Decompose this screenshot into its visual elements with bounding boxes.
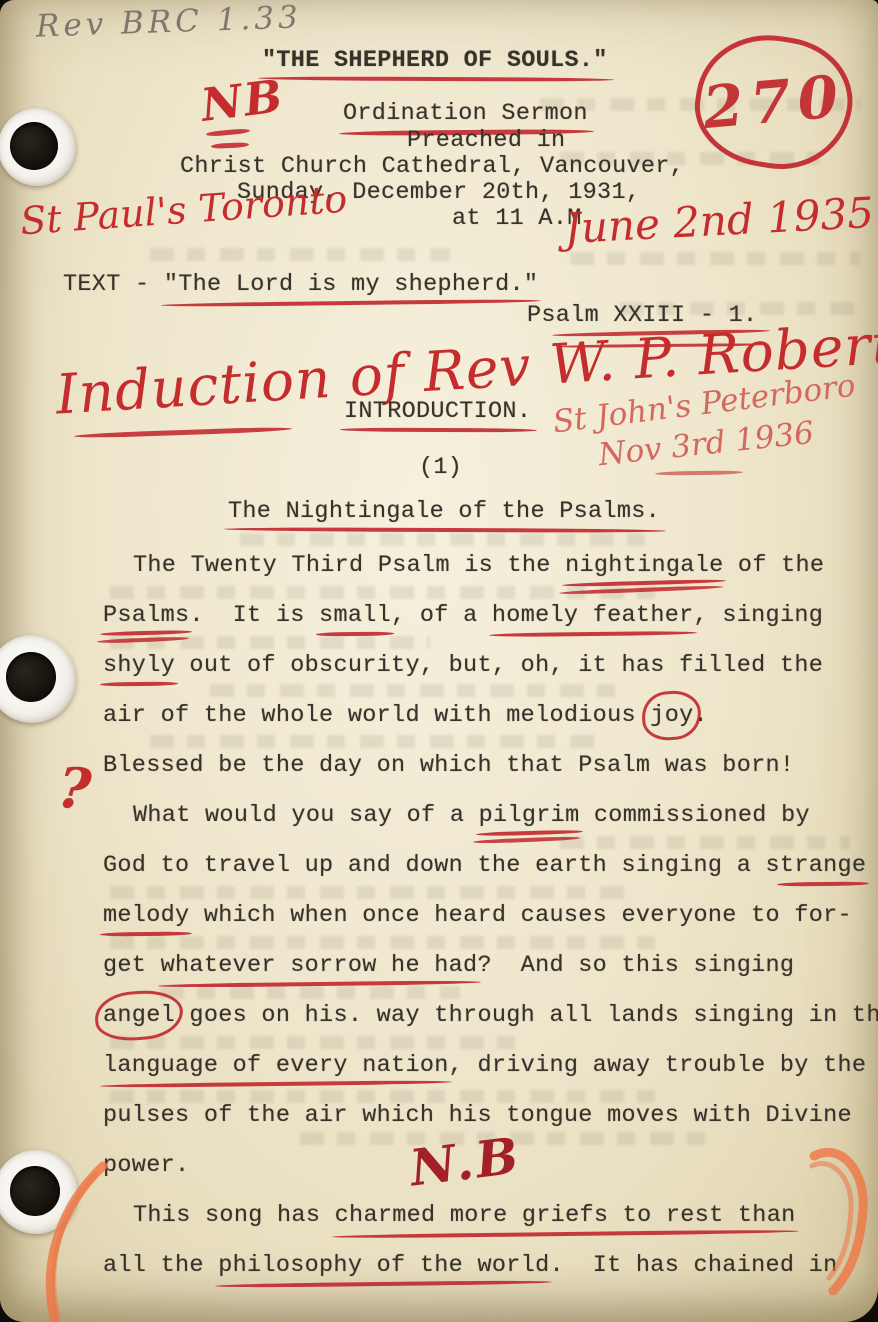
ghost-bleedthrough xyxy=(110,936,670,949)
body-text: out of obscurity, but, oh, it has filled… xyxy=(175,652,823,679)
ghost-bleedthrough xyxy=(110,886,630,899)
body-text: goes on his. way through all lands singi… xyxy=(175,1002,878,1029)
annotated-text: trange xyxy=(780,852,866,879)
ghost-bleedthrough xyxy=(110,1036,530,1049)
body-line: pulses of the air which his tongue moves… xyxy=(103,1102,852,1129)
body-line: angel goes on his. way through all lands… xyxy=(103,1002,878,1029)
annotated-text: language of every nation xyxy=(103,1052,449,1079)
annotated-text: shyly xyxy=(103,652,175,679)
body-text: God to travel up and down the earth sing… xyxy=(103,852,780,879)
body-text: Blessed be the day on which that Psalm w… xyxy=(103,752,794,779)
annotated-text: Psalms xyxy=(103,602,189,629)
annotation-st-pauls-toronto: St Paul's Toronto xyxy=(19,177,349,244)
body-text: power. xyxy=(103,1152,189,1179)
body-text: ? And so this singing xyxy=(477,952,794,979)
section-heading: The Nightingale of the Psalms. xyxy=(228,498,660,525)
annotated-text: joy xyxy=(650,702,693,729)
body-line: What would you say of a pilgrim commissi… xyxy=(103,802,810,829)
annotated-text: philosophy of the world xyxy=(218,1252,549,1279)
header-ordination-sermon: Ordination Sermon xyxy=(343,100,588,127)
ghost-bleedthrough xyxy=(150,248,450,261)
body-text: of the xyxy=(724,552,825,579)
annotated-text: melody xyxy=(103,902,189,929)
sermon-title: "THE SHEPHERD OF SOULS." xyxy=(262,47,608,74)
punch-hole xyxy=(10,1166,60,1216)
pencil-note: Rev BRC 1.33 xyxy=(35,0,302,45)
body-text: . xyxy=(694,702,708,729)
body-line: God to travel up and down the earth sing… xyxy=(103,852,866,879)
scripture-label: TEXT - xyxy=(63,271,164,298)
body-line: air of the whole world with melodious jo… xyxy=(103,702,708,729)
annotated-text: small xyxy=(319,602,391,629)
scripture-quote: "The Lord is my shepherd." xyxy=(164,271,538,298)
introduction-heading: INTRODUCTION. xyxy=(344,398,531,425)
annotated-text: charmed more griefs to rest than xyxy=(335,1202,796,1229)
annotated-text: pilgrim xyxy=(479,802,580,829)
body-line: get whatever sorrow he had? And so this … xyxy=(103,952,794,979)
body-line: Blessed be the day on which that Psalm w… xyxy=(103,752,794,779)
ghost-bleedthrough xyxy=(210,684,630,697)
body-text: The Twenty Third Psalm is the xyxy=(133,552,565,579)
annotated-text: angel xyxy=(103,1002,175,1029)
peterboro-underline xyxy=(655,470,743,475)
body-text: , singing xyxy=(694,602,824,629)
body-text: . It has chained in xyxy=(549,1252,837,1279)
body-line: The Twenty Third Psalm is the nightingal… xyxy=(103,552,824,579)
manuscript-page: Rev BRC 1.33 270 "THE SHEPHERD OF SOULS.… xyxy=(0,0,878,1322)
scripture-line: TEXT - "The Lord is my shepherd." xyxy=(63,271,538,298)
body-line: shyly out of obscurity, but, oh, it has … xyxy=(103,652,823,679)
annotated-text: whatever sorrow he had xyxy=(161,952,478,979)
body-text: , of a xyxy=(391,602,492,629)
body-text: get xyxy=(103,952,161,979)
body-text: which when once heard causes everyone to… xyxy=(189,902,852,929)
ghost-bleedthrough xyxy=(560,836,850,849)
body-line: all the philosophy of the world. It has … xyxy=(103,1252,838,1279)
body-text: all the xyxy=(103,1252,218,1279)
annotated-text: homely feather xyxy=(492,602,694,629)
body-text: . It is xyxy=(189,602,319,629)
body-line: language of every nation, driving away t… xyxy=(103,1052,866,1079)
punch-hole xyxy=(6,652,56,702)
body-text: , driving away trouble by the xyxy=(449,1052,867,1079)
body-line: Psalms. It is small, of a homely feather… xyxy=(103,602,823,629)
nb-note-body: N.B xyxy=(407,1125,525,1197)
punch-hole xyxy=(10,122,58,170)
header-preached-in: Preached in xyxy=(407,127,565,154)
ghost-bleedthrough xyxy=(160,986,460,999)
annotated-text: nightingale xyxy=(565,552,723,579)
ghost-bleedthrough xyxy=(240,533,660,546)
body-text: This song has xyxy=(133,1202,335,1229)
nb-note-top: NB xyxy=(198,69,287,132)
body-text: commissioned by xyxy=(579,802,809,829)
paragraph-mark: ? xyxy=(55,755,93,824)
induction-underline xyxy=(74,426,292,439)
page-number: 270 xyxy=(700,62,847,142)
body-text: What would you say of a xyxy=(133,802,479,829)
nb-underline xyxy=(211,142,249,149)
body-line: melody which when once heard causes ever… xyxy=(103,902,852,929)
ghost-bleedthrough xyxy=(570,252,860,265)
header-location: Christ Church Cathedral, Vancouver, xyxy=(180,153,684,180)
page-marker: (1) xyxy=(419,454,462,481)
body-line: power. xyxy=(103,1152,189,1179)
body-text: air of the whole world with melodious xyxy=(103,702,650,729)
ghost-bleedthrough xyxy=(150,735,600,748)
body-text: pulses of the air which his tongue moves… xyxy=(103,1102,852,1129)
body-line: This song has charmed more griefs to res… xyxy=(103,1202,796,1229)
